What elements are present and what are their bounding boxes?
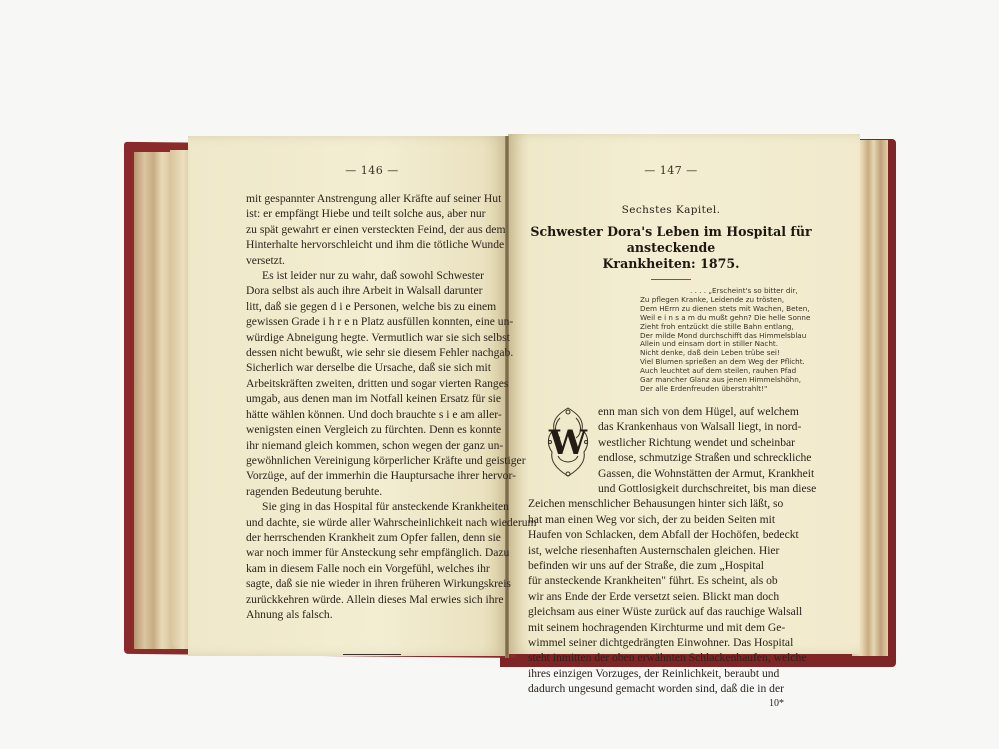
text-line: mit seinem hochragenden Kirchturme und m… <box>528 620 814 635</box>
text-line: litt, daß sie gegen d i e Personen, welc… <box>246 299 498 314</box>
text-line: Dora selbst als auch ihre Arbeit in Wals… <box>246 283 498 298</box>
chapter-title-line: Krankheiten: 1875. <box>528 256 814 272</box>
right-page-text: — 147 — Sechstes Kapitel. Schwester Dora… <box>528 164 814 709</box>
ornament-icon: W <box>540 404 596 480</box>
text-line: steht inmitten der oben erwähnten Schlac… <box>528 650 814 665</box>
chapter-label: Sechstes Kapitel. <box>528 204 814 216</box>
paragraph: mit gespannter Anstrengung aller Kräfte … <box>246 191 498 268</box>
text-line: mit gespannter Anstrengung aller Kräfte … <box>246 191 498 206</box>
text-line: wimmel seiner dichtgedrängten Einwohner.… <box>528 635 814 650</box>
chapter-opening: W enn man sich von dem Hügel, auf welche… <box>528 404 814 709</box>
text-line: kam in diesem Falle noch ein Vorgefühl, … <box>246 561 498 576</box>
chapter-title-line: Schwester Dora's Leben im Hospital für a… <box>528 224 814 256</box>
svg-text:W: W <box>548 423 588 463</box>
chapter-rule <box>651 279 691 280</box>
text-line: endlose, schmutzige Straßen und schreckl… <box>598 450 814 465</box>
text-line: hat man einen Weg vor sich, der zu beide… <box>528 512 814 527</box>
text-line: gewissen Grade i h r e n Platz ausfüllen… <box>246 314 498 329</box>
end-rule <box>343 654 401 655</box>
text-line: enn man sich von dem Hügel, auf welchem <box>598 404 814 419</box>
text-line: gewöhnlichen Vereinigung körperlicher Kr… <box>246 453 498 468</box>
paragraph: Sie ging in das Hospital für ansteckende… <box>246 499 498 622</box>
text-line: würdige Abneigung hegte. Vermutlich war … <box>246 330 498 345</box>
text-line: und Gottlosigkeit durchschreitet, bis ma… <box>598 481 814 496</box>
epigraph: . . . . „Erscheint's so bitter dir, Zu p… <box>640 287 814 394</box>
text-line: zu spät gewahrt er einen versteckten Fei… <box>246 222 498 237</box>
left-page-body: mit gespannter Anstrengung aller Kräfte … <box>246 191 498 622</box>
text-line: zurückkehren würde. Allein dieses Mal er… <box>246 592 498 607</box>
text-line: Sie ging in das Hospital für ansteckende… <box>246 499 498 514</box>
photo-scene: — 146 — mit gespannter Anstrengung aller… <box>0 0 999 749</box>
text-line: und dachte, sie würde aller Wahrscheinli… <box>246 515 498 530</box>
text-line: ist, welche riesenhaften Austernschalen … <box>528 543 814 558</box>
epigraph-line: Der alle Erdenfreuden überstrahlt!" <box>640 385 814 394</box>
text-line: ragenden Bedeutung beruhte. <box>246 484 498 499</box>
text-line: Vorzüge, auf der immerhin die Hauptursac… <box>246 468 498 483</box>
text-line: Haufen von Schlacken, dem Abfall der Hoc… <box>528 527 814 542</box>
right-page-body: Zeichen menschlicher Behausungen hinter … <box>528 496 814 696</box>
text-line: ist: er empfängt Hiebe und teilt solche … <box>246 206 498 221</box>
text-line: Ahnung als falsch. <box>246 607 498 622</box>
text-line: Sicherlich war derselbe die Ursache, daß… <box>246 360 498 375</box>
text-line: hätte wählen können. Und doch brauchte s… <box>246 407 498 422</box>
text-line: Hinterhalte hervorschleicht und ihm die … <box>246 237 498 252</box>
text-line: Gassen, die Wohnstätten der Armut, Krank… <box>598 466 814 481</box>
dropcap-lines: enn man sich von dem Hügel, auf welchem … <box>598 404 814 496</box>
text-line: Arbeitskräften zweiten, dritten und soga… <box>246 376 498 391</box>
text-line: der herrschenden Krankheit zum Opfer fal… <box>246 530 498 545</box>
page-number-right: — 147 — <box>528 164 814 177</box>
text-line: dadurch ungesund gemacht worden sind, da… <box>528 681 814 696</box>
text-line: das Krankenhaus von Walsall liegt, in no… <box>598 419 814 434</box>
text-line: wir ans Ende der Erde versetzt seien. Bl… <box>528 589 814 604</box>
text-line: für ansteckende Krankheiten" führt. Es s… <box>528 573 814 588</box>
text-line: ihres einzigen Vorzuges, der Reinlichkei… <box>528 666 814 681</box>
chapter-title: Schwester Dora's Leben im Hospital für a… <box>528 224 814 272</box>
text-line: versetzt. <box>246 253 498 268</box>
text-line: Zeichen menschlicher Behausungen hinter … <box>528 496 814 511</box>
text-line: dessen nicht bewußt, wie sehr sie diesem… <box>246 345 498 360</box>
text-line: ihr niemand gleich kommen, schon wegen d… <box>246 438 498 453</box>
text-line: umgab, aus denen man im Notfall keinen E… <box>246 391 498 406</box>
text-line: sagte, daß sie nie wieder in ihren frühe… <box>246 576 498 591</box>
ornate-dropcap-w: W <box>540 404 592 478</box>
signature-mark: 10* <box>528 698 784 709</box>
text-line: befinden wir uns auf der Straße, die zum… <box>528 558 814 573</box>
left-page-text: — 146 — mit gespannter Anstrengung aller… <box>246 164 498 655</box>
text-line: war noch immer für Ansteckung sehr empfä… <box>246 545 498 560</box>
text-line: westlicher Richtung wendet und scheinbar <box>598 435 814 450</box>
text-line: gleichsam aus einer Wüste zurück auf das… <box>528 604 814 619</box>
text-line: Es ist leider nur zu wahr, daß sowohl Sc… <box>246 268 498 283</box>
paragraph: Es ist leider nur zu wahr, daß sowohl Sc… <box>246 268 498 499</box>
page-number-left: — 146 — <box>246 164 498 177</box>
text-line: wenigsten einen Vergleich zu fürchten. D… <box>246 422 498 437</box>
